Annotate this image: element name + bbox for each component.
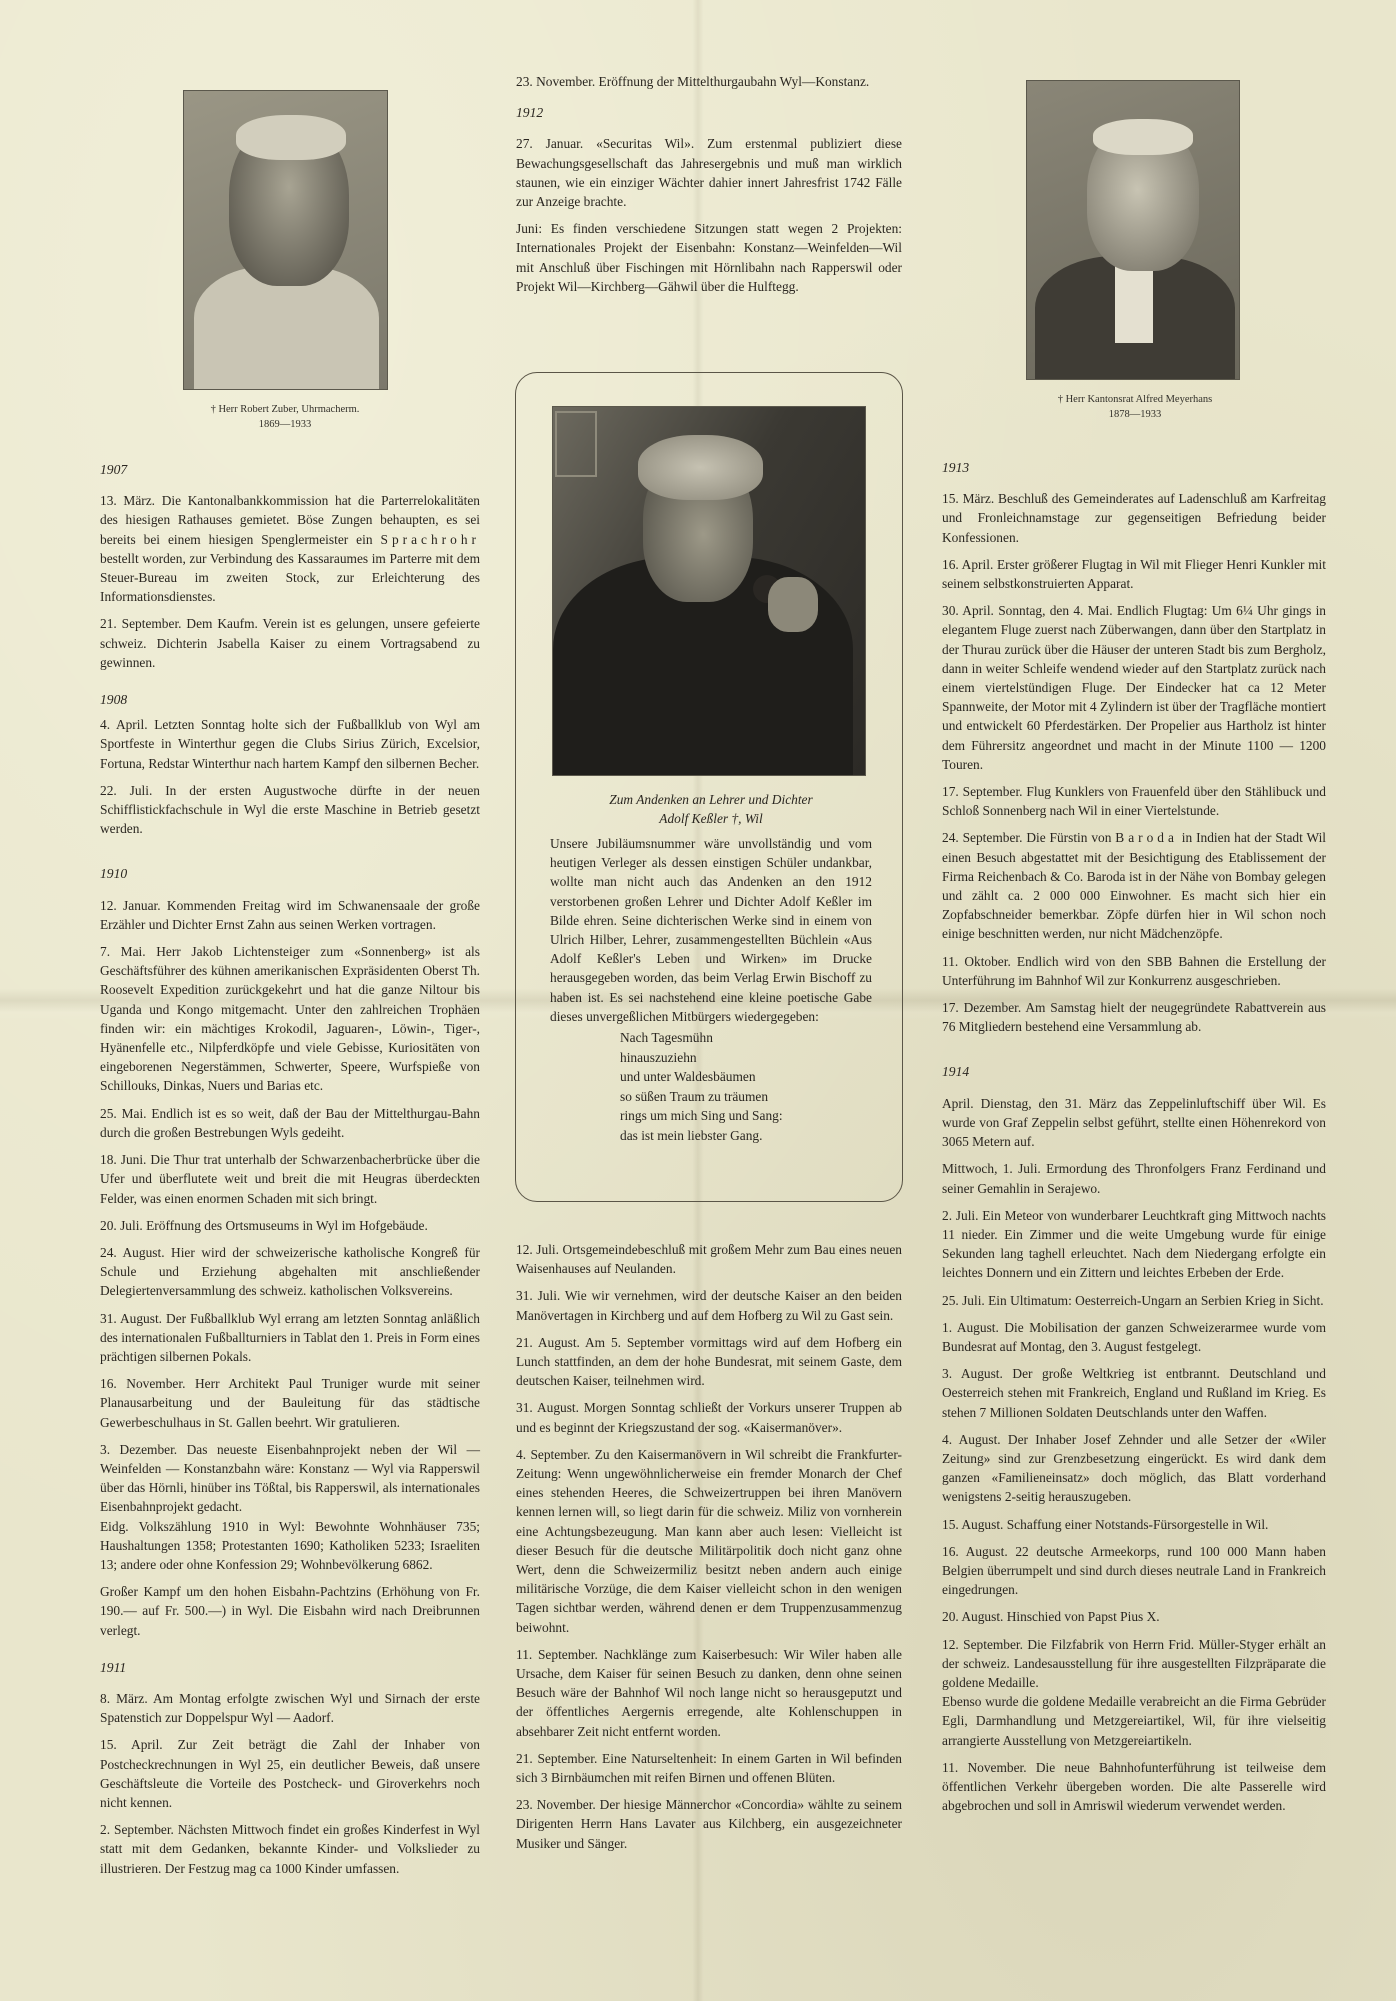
chronicle-entry: 31. Juli. Wie wir vernehmen, wird der de… [516, 1286, 902, 1324]
entry-text: 24. September. Die Fürstin von [942, 830, 1115, 845]
chronicle-entry: 16. August. 22 deutsche Armeekorps, rund… [942, 1542, 1326, 1600]
chronicle-entry: 11. November. Die neue Bahnhofunterführu… [942, 1758, 1326, 1816]
chronicle-entry: Eidg. Volkszählung 1910 in Wyl: Bewohnte… [100, 1517, 480, 1575]
chronicle-entry: Ebenso wurde die goldene Medaille verabr… [942, 1692, 1326, 1750]
poem-line: Nach Tagesmühn [620, 1028, 872, 1048]
chronicle-entry: 23. November. Der hiesige Männerchor «Co… [516, 1795, 902, 1853]
chronicle-entry: 3. August. Der große Weltkrieg ist entbr… [942, 1364, 1326, 1422]
chronicle-entry: 11. September. Nachklänge zum Kaiserbesu… [516, 1645, 902, 1741]
year-heading-1911: 1911 [100, 1658, 480, 1677]
chronicle-entry: 16. November. Herr Architekt Paul Trunig… [100, 1374, 480, 1432]
chronicle-entry: 23. November. Eröffnung der Mittelthurga… [516, 72, 902, 91]
year-heading-1913: 1913 [942, 458, 1326, 477]
chronicle-entry: 16. April. Erster größerer Flugtag in Wi… [942, 555, 1326, 593]
chronicle-entry: 7. Mai. Herr Jakob Lichtensteiger zum «S… [100, 942, 480, 1096]
chronicle-entry: 1. August. Die Mobilisation der ganzen S… [942, 1318, 1326, 1356]
poem-line: hinauszuziehn [620, 1048, 872, 1068]
chronicle-column-right: 1913 15. März. Beschluß des Gemeinderate… [942, 458, 1326, 1823]
chronicle-entry: 25. Juli. Ein Ultimatum: Oesterreich-Ung… [942, 1291, 1326, 1310]
portrait-hair [638, 435, 763, 500]
chronicle-entry: 17. Dezember. Am Samstag hielt der neuge… [942, 998, 1326, 1036]
chronicle-entry: April. Dienstag, den 31. März das Zeppel… [942, 1094, 1326, 1152]
chronicle-entry: 22. Juli. In der ersten Augustwoche dürf… [100, 781, 480, 839]
chronicle-entry: 2. September. Nächsten Mittwoch findet e… [100, 1820, 480, 1878]
caption-years: 1878—1933 [1000, 407, 1270, 422]
memorial-title-line1: Zum Andenken an Lehrer und Dichter [550, 790, 872, 809]
chronicle-entry: Juni: Es finden verschiedene Sitzungen s… [516, 219, 902, 296]
caption-name: † Herr Robert Zuber, Uhrmacherm. [150, 402, 420, 417]
chronicle-column-middle-top: 23. November. Eröffnung der Mittelthurga… [516, 72, 902, 304]
memorial-title-line2: Adolf Keßler †, Wil [550, 809, 872, 828]
poem: Nach Tagesmühn hinauszuziehn und unter W… [620, 1028, 872, 1145]
caption-name: † Herr Kantonsrat Alfred Meyerhans [1000, 392, 1270, 407]
memorial-title: Zum Andenken an Lehrer und Dichter Adolf… [550, 790, 872, 828]
poem-line: und unter Waldesbäumen [620, 1067, 872, 1087]
entry-emphasis: Baroda [1115, 830, 1178, 845]
chronicle-entry: 24. September. Die Fürstin von Baroda in… [942, 828, 1326, 943]
chronicle-entry: 4. September. Zu den Kaisermanövern in W… [516, 1445, 902, 1637]
chronicle-entry: 15. März. Beschluß des Gemeinderates auf… [942, 489, 1326, 547]
portrait-collar [1115, 263, 1153, 343]
chronicle-entry: 21. September. Eine Naturseltenheit: In … [516, 1749, 902, 1787]
chronicle-entry: 20. Juli. Eröffnung des Ortsmuseums in W… [100, 1216, 480, 1235]
chronicle-entry: 12. Januar. Kommenden Freitag wird im Sc… [100, 896, 480, 934]
poem-line: rings um mich Sing und Sang: [620, 1106, 872, 1126]
memorial-body: Unsere Jubiläumsnummer wäre unvollständi… [550, 834, 872, 1026]
entry-emphasis: Sprachrohr [381, 532, 481, 547]
entry-text: in Indien hat der Stadt Wil einen Besuch… [942, 830, 1326, 941]
year-heading-1912: 1912 [516, 103, 902, 122]
portrait-alfred-meyerhans [1026, 80, 1240, 380]
chronicle-entry: 31. August. Morgen Sonntag schließt der … [516, 1398, 902, 1436]
portrait-hair [1093, 119, 1193, 155]
hand [768, 577, 818, 632]
chronicle-entry: 8. März. Am Montag erfolgte zwischen Wyl… [100, 1689, 480, 1727]
chronicle-entry: 13. März. Die Kantonalbankkommission hat… [100, 491, 480, 606]
chronicle-entry: 12. Juli. Ortsgemeindebeschluß mit große… [516, 1240, 902, 1278]
portrait-caption-right: † Herr Kantonsrat Alfred Meyerhans 1878—… [1000, 392, 1270, 422]
portrait-hair [236, 115, 346, 160]
chronicle-entry: 24. August. Hier wird der schweizerische… [100, 1243, 480, 1301]
portrait-adolf-kessler [552, 406, 866, 776]
chronicle-entry: 30. April. Sonntag, den 4. Mai. Endlich … [942, 601, 1326, 774]
chronicle-entry: 18. Juni. Die Thur trat unterhalb der Sc… [100, 1150, 480, 1208]
entry-text: bestellt worden, zur Verbindung des Kass… [100, 551, 480, 604]
chronicle-entry: 25. Mai. Endlich ist es so weit, daß der… [100, 1104, 480, 1142]
chronicle-entry: Großer Kampf um den hohen Eisbahn-Pachtz… [100, 1582, 480, 1640]
chronicle-entry: 4. April. Letzten Sonntag holte sich der… [100, 715, 480, 773]
chronicle-entry: 15. April. Zur Zeit beträgt die Zahl der… [100, 1735, 480, 1812]
chronicle-entry: 4. August. Der Inhaber Josef Zehnder und… [942, 1430, 1326, 1507]
caption-years: 1869—1933 [150, 417, 420, 432]
chronicle-entry: 15. August. Schaffung einer Notstands-Fü… [942, 1515, 1326, 1534]
poem-line: das ist mein liebster Gang. [620, 1126, 872, 1146]
chronicle-entry: 21. September. Dem Kaufm. Verein ist es … [100, 614, 480, 672]
year-heading-1908: 1908 [100, 690, 480, 709]
chronicle-entry: 27. Januar. «Securitas Wil». Zum erstenm… [516, 134, 902, 211]
chronicle-entry: 21. August. Am 5. September vormittags w… [516, 1333, 902, 1391]
chronicle-entry: 12. September. Die Filzfabrik von Herrn … [942, 1635, 1326, 1693]
poem-line: so süßen Traum zu träumen [620, 1087, 872, 1107]
chronicle-entry: 3. Dezember. Das neueste Eisenbahnprojek… [100, 1440, 480, 1517]
memorial-text: Zum Andenken an Lehrer und Dichter Adolf… [550, 790, 872, 1145]
year-heading-1910: 1910 [100, 864, 480, 883]
chronicle-entry: 20. August. Hinschied von Papst Pius X. [942, 1607, 1326, 1626]
chronicle-entry: 11. Oktober. Endlich wird von den SBB Ba… [942, 952, 1326, 990]
year-heading-1907: 1907 [100, 460, 480, 479]
portrait-robert-zuber [183, 90, 388, 390]
year-heading-1914: 1914 [942, 1062, 1326, 1081]
chronicle-entry: Mittwoch, 1. Juli. Ermordung des Thronfo… [942, 1159, 1326, 1197]
portrait-caption-left: † Herr Robert Zuber, Uhrmacherm. 1869—19… [150, 402, 420, 432]
picture-frame-on-wall [555, 411, 597, 477]
chronicle-entry: 2. Juli. Ein Meteor von wunderbarer Leuc… [942, 1206, 1326, 1283]
chronicle-column-middle-bottom: 12. Juli. Ortsgemeindebeschluß mit große… [516, 1240, 902, 1861]
chronicle-entry: 17. September. Flug Kunklers von Frauenf… [942, 782, 1326, 820]
chronicle-column-left: 1907 13. März. Die Kantonalbankkommissio… [100, 460, 480, 1886]
chronicle-entry: 31. August. Der Fußballklub Wyl errang a… [100, 1309, 480, 1367]
